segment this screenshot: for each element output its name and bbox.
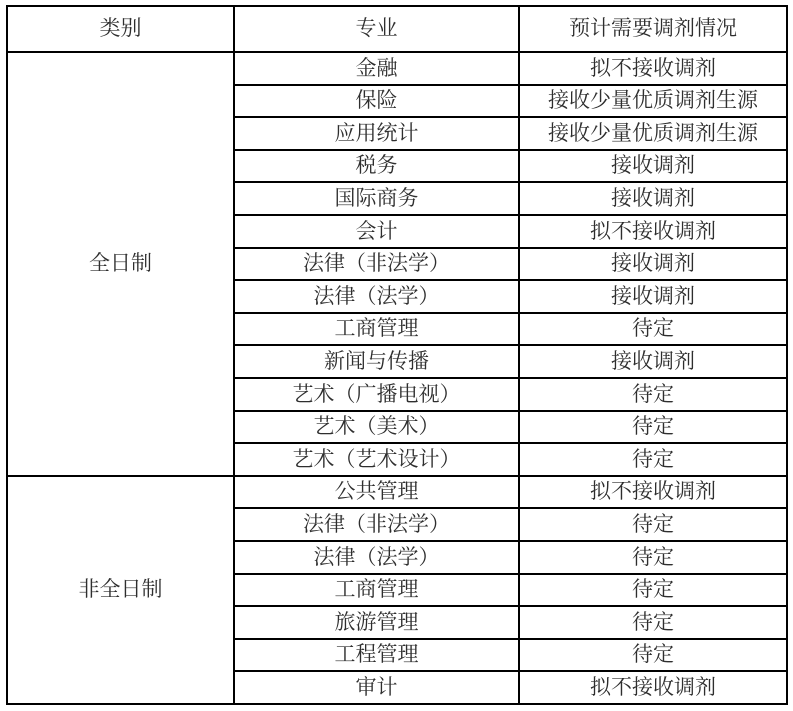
status-cell: 接收调剂 <box>519 248 787 281</box>
adjustment-table: 类别 专业 预计需要调剂情况 全日制 金融 拟不接收调剂 保险 接收少量优质调剂… <box>6 5 788 705</box>
status-cell: 待定 <box>519 443 787 476</box>
major-cell: 国际商务 <box>234 182 519 215</box>
status-cell: 拟不接收调剂 <box>519 215 787 248</box>
status-cell: 拟不接收调剂 <box>519 52 787 85</box>
status-cell: 待定 <box>519 541 787 574</box>
major-cell: 工程管理 <box>234 639 519 672</box>
major-cell: 金融 <box>234 52 519 85</box>
major-cell: 保险 <box>234 85 519 118</box>
status-cell: 待定 <box>519 411 787 444</box>
status-cell: 接收少量优质调剂生源 <box>519 117 787 150</box>
header-status: 预计需要调剂情况 <box>519 6 787 52</box>
header-row: 类别 专业 预计需要调剂情况 <box>7 6 787 52</box>
major-cell: 艺术（美术） <box>234 411 519 444</box>
status-cell: 接收调剂 <box>519 182 787 215</box>
major-cell: 法律（法学） <box>234 280 519 313</box>
status-cell: 待定 <box>519 378 787 411</box>
header-category: 类别 <box>7 6 234 52</box>
status-cell: 拟不接收调剂 <box>519 476 787 509</box>
status-cell: 待定 <box>519 508 787 541</box>
table-row: 非全日制 公共管理 拟不接收调剂 <box>7 476 787 509</box>
status-cell: 待定 <box>519 606 787 639</box>
major-cell: 工商管理 <box>234 574 519 607</box>
major-cell: 旅游管理 <box>234 606 519 639</box>
major-cell: 新闻与传播 <box>234 345 519 378</box>
status-cell: 接收调剂 <box>519 150 787 183</box>
page: 类别 专业 预计需要调剂情况 全日制 金融 拟不接收调剂 保险 接收少量优质调剂… <box>0 0 793 711</box>
major-cell: 工商管理 <box>234 313 519 346</box>
table-row: 全日制 金融 拟不接收调剂 <box>7 52 787 85</box>
status-cell: 拟不接收调剂 <box>519 671 787 704</box>
status-cell: 接收调剂 <box>519 345 787 378</box>
status-cell: 待定 <box>519 574 787 607</box>
major-cell: 法律（非法学） <box>234 248 519 281</box>
major-cell: 艺术（广播电视） <box>234 378 519 411</box>
major-cell: 公共管理 <box>234 476 519 509</box>
major-cell: 艺术（艺术设计） <box>234 443 519 476</box>
header-major: 专业 <box>234 6 519 52</box>
status-cell: 接收调剂 <box>519 280 787 313</box>
status-cell: 待定 <box>519 639 787 672</box>
category-cell-parttime: 非全日制 <box>7 476 234 704</box>
status-cell: 接收少量优质调剂生源 <box>519 85 787 118</box>
status-cell: 待定 <box>519 313 787 346</box>
major-cell: 会计 <box>234 215 519 248</box>
major-cell: 审计 <box>234 671 519 704</box>
major-cell: 法律（法学） <box>234 541 519 574</box>
major-cell: 税务 <box>234 150 519 183</box>
category-cell-fulltime: 全日制 <box>7 52 234 476</box>
major-cell: 应用统计 <box>234 117 519 150</box>
major-cell: 法律（非法学） <box>234 508 519 541</box>
